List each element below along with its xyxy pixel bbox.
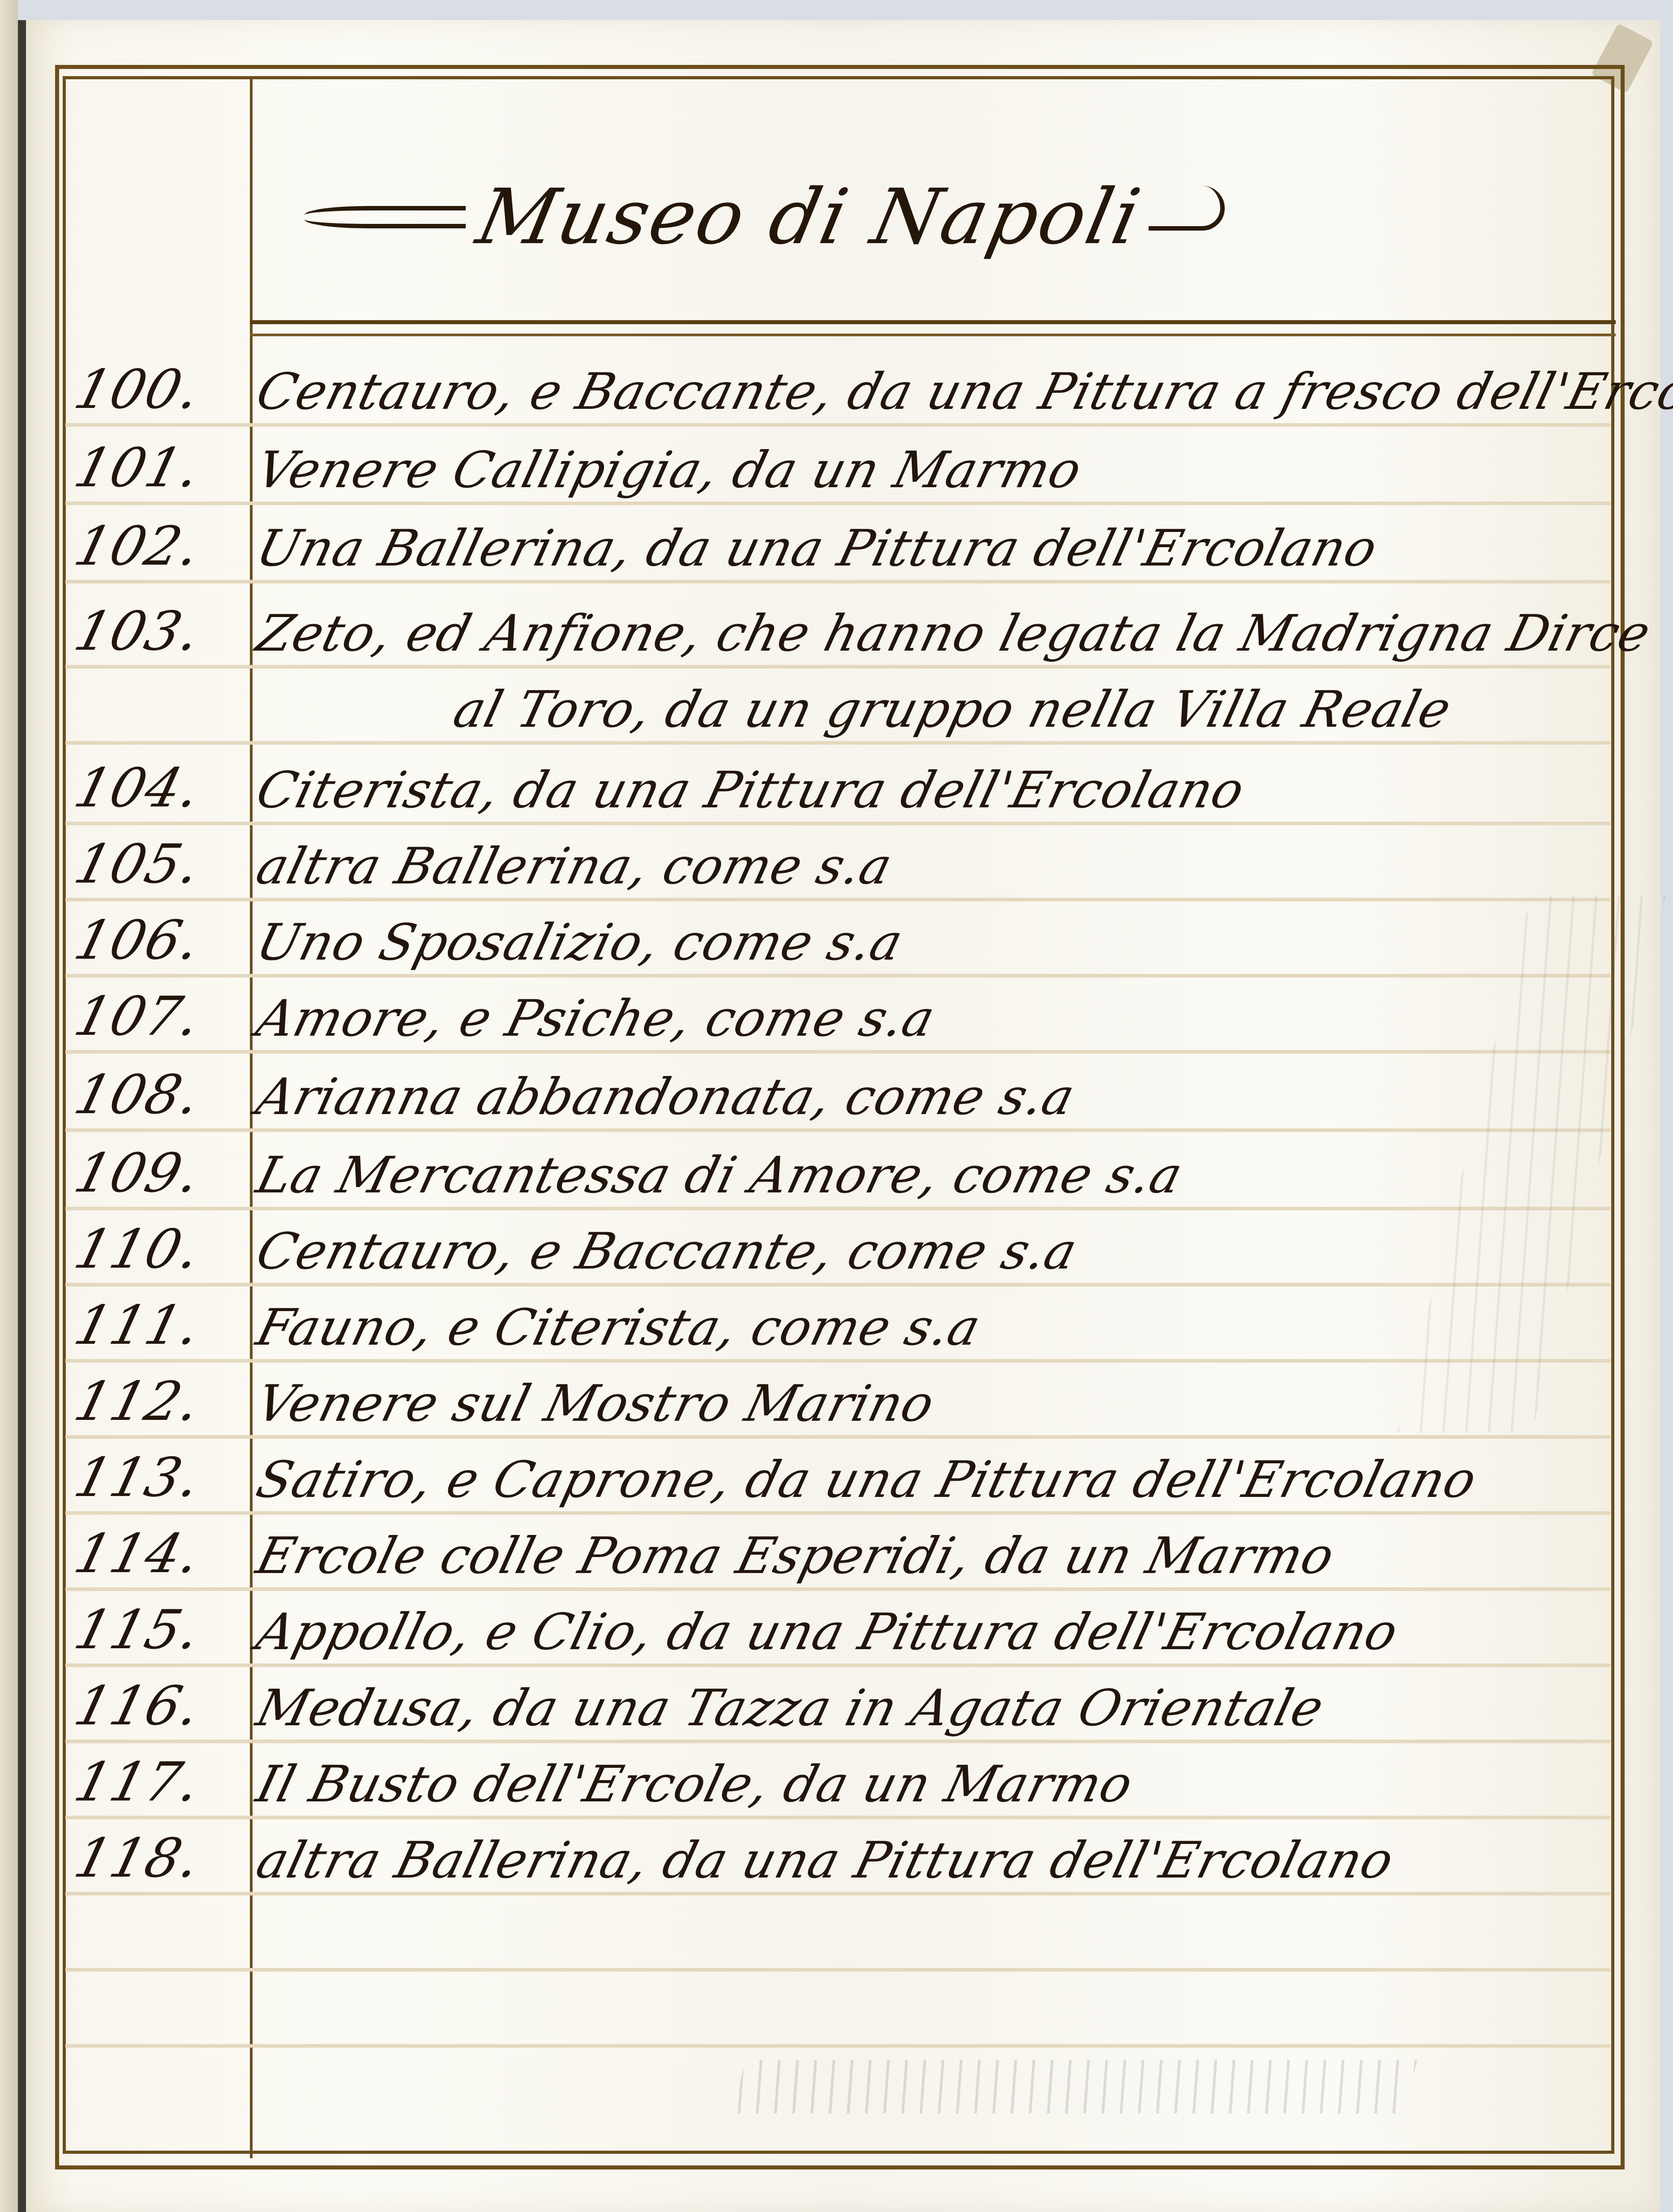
entry-text: Amore, e Psiche, come s.a [251, 990, 941, 1048]
list-item: 108. Arianna abbandonata, come s.a [0, 1041, 1612, 1131]
title-flourish-right [1149, 186, 1225, 231]
ruled-line [65, 1968, 1610, 1972]
page-heading: Museo di Napoli [305, 161, 1245, 273]
list-item-continuation: al Toro, da un gruppo nella Villa Reale [0, 654, 1612, 743]
list-item: 100. Centauro, e Baccante, da una Pittur… [0, 336, 1612, 425]
entry-text: Una Ballerina, da una Pittura dell'Ercol… [251, 519, 1383, 578]
page-title: Museo di Napoli [470, 173, 1149, 261]
entry-text-continuation: al Toro, da un gruppo nella Villa Reale [448, 681, 1457, 739]
list-item: 102. Una Ballerina, da una Pittura dell'… [0, 493, 1612, 582]
entry-number: 118. [69, 1827, 207, 1890]
entry-number: 107. [69, 986, 207, 1048]
ink-bleed-through [732, 2060, 1417, 2113]
header-rule [250, 320, 1616, 324]
entry-number: 101. [69, 437, 207, 499]
entry-text: Venere Callipigia, da un Marmo [251, 441, 1088, 499]
list-item: 107. Amore, e Psiche, come s.a [0, 963, 1612, 1052]
entry-number: 108. [69, 1064, 207, 1126]
entry-text: Centauro, e Baccante, da una Pittura a f… [251, 363, 1673, 421]
list-item: 101. Venere Callipigia, da un Marmo [0, 414, 1612, 504]
list-item: 118. altra Ballerina, da una Pittura del… [0, 1805, 1612, 1894]
entry-text: Arianna abbandonata, come s.a [251, 1068, 1081, 1126]
ruled-line [65, 2044, 1610, 2048]
entry-text: altra Ballerina, da una Pittura dell'Erc… [251, 1831, 1399, 1890]
title-flourish-left [305, 206, 466, 228]
entry-number: 102. [69, 515, 207, 578]
entry-number: 100. [69, 359, 207, 421]
